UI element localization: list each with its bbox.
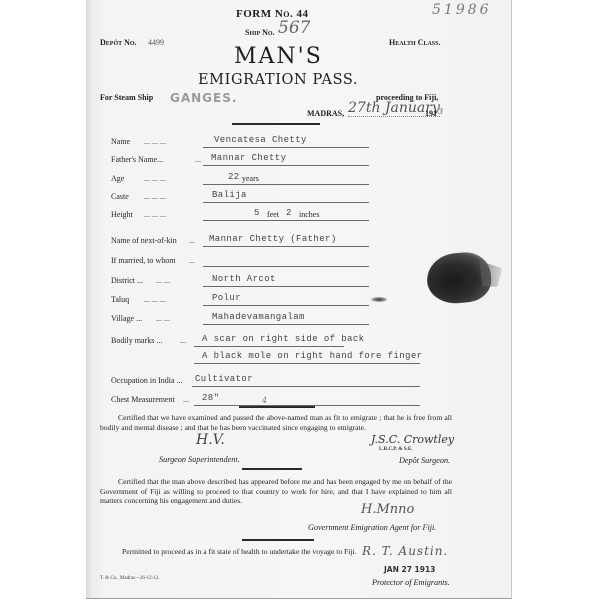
emigration-pass-document: 51986 FORM No. 44 Ship No. 567 Depôt No.…: [86, 0, 512, 599]
ink-smudge: [371, 297, 387, 302]
field-value: A black mole on right hand fore finger: [202, 351, 422, 361]
field-next-of-kin: Name of next-of-kin ... Mannar Chetty (F…: [86, 236, 511, 248]
field-feet-label: feet: [267, 210, 279, 219]
field-value: North Arcot: [212, 274, 276, 284]
field-fathers-name: Father's Name... ... Mannar Chetty: [86, 155, 511, 167]
field-value: A scar on right side of back: [202, 334, 364, 344]
field-occupation: Occupation in India ... Cultivator: [86, 376, 511, 388]
medical-certificate-text: Certified that we have examined and pass…: [100, 413, 452, 432]
field-label: Height: [111, 210, 133, 219]
printer-imprint: T. & Co., Madras—26-12-12.: [100, 576, 159, 581]
field-value: Mannar Chetty: [211, 153, 286, 163]
field-dots: ... ...: [156, 276, 170, 285]
field-label: Age: [111, 174, 124, 183]
archive-number: 51986: [432, 2, 492, 18]
field-line: [203, 147, 369, 148]
permission-text: Permitted to proceed as in a fit state o…: [122, 547, 357, 556]
field-dots: ...: [195, 155, 201, 164]
protector-signature: R. T. Austin.: [362, 544, 448, 558]
year-printed: 191: [425, 109, 437, 118]
field-value: Cultivator: [195, 374, 253, 384]
field-label: Name of next-of-kin: [111, 236, 177, 245]
field-value: Polur: [212, 293, 241, 303]
field-value: Mahadevamangalam: [212, 312, 305, 322]
field-dots: ... ... ...: [144, 210, 166, 219]
field-line: [194, 363, 420, 364]
field-value: 22: [228, 172, 240, 182]
header-divider: [232, 123, 320, 125]
health-class-label: Health Class.: [389, 38, 440, 47]
field-value-feet: 5: [254, 208, 260, 218]
field-bodily-marks-line2: A black mole on right hand fore finger: [86, 353, 511, 365]
field-extra: 4: [262, 396, 267, 405]
steam-ship-value: GANGES.: [170, 91, 237, 105]
field-label: Caste: [111, 192, 129, 201]
document-subtitle: EMIGRATION PASS.: [198, 72, 358, 88]
field-line: [203, 286, 369, 287]
field-label: District ...: [111, 276, 143, 285]
field-dots: ...: [189, 256, 195, 265]
field-inches-label: inches: [299, 210, 319, 219]
field-dots: ... ... ...: [144, 174, 166, 183]
field-village: Village ... ... ... Mahadevamangalam: [86, 314, 511, 326]
ship-number-label: Ship No.: [245, 28, 275, 37]
field-dots: ...: [180, 336, 186, 345]
field-line: [203, 246, 369, 247]
field-age: Age ... ... ... 22 years: [86, 174, 511, 186]
section-divider: [239, 406, 315, 408]
field-line: [203, 305, 369, 306]
field-line: [203, 165, 369, 166]
medical-certificate-body: Certified that we have examined and pass…: [100, 413, 452, 432]
field-label: If married, to whom: [111, 256, 175, 265]
field-value: Balija: [212, 190, 247, 200]
field-line: [194, 346, 344, 347]
field-dots: ...: [183, 395, 189, 404]
field-dots: ... ...: [156, 314, 170, 323]
field-name: Name ... ... ... Vencatesa Chetty: [86, 137, 511, 149]
field-value-inches: 2: [286, 208, 292, 218]
field-dots: ... ... ...: [144, 192, 166, 201]
field-suffix: years: [242, 174, 259, 183]
ship-number-value: 567: [278, 18, 310, 38]
document-title: MAN'S: [234, 44, 323, 69]
field-line: [203, 202, 369, 203]
field-label: Taluq: [111, 295, 129, 304]
protector-title: Protector of Emigrants.: [372, 578, 450, 587]
emigration-agent-title: Government Emigration Agent for Fiji.: [308, 523, 436, 532]
field-dots: ... ... ...: [144, 295, 166, 304]
steam-ship-label: For Steam Ship: [100, 93, 153, 102]
depot-number-label: Depôt No.: [100, 38, 137, 47]
depot-number-value: 4499: [148, 38, 164, 47]
field-line: [192, 386, 420, 387]
surgeon-superintendent-title: Surgeon Superintendent.: [159, 455, 240, 464]
field-line: [203, 184, 369, 185]
depot-surgeon-signature: J.S.C. Crowtley: [371, 433, 454, 446]
field-label: Name: [111, 137, 130, 146]
field-label: Occupation in India ...: [111, 376, 183, 385]
surgeon-superintendent-signature: H.V.: [196, 432, 225, 448]
year-handwritten: 3: [438, 107, 443, 116]
engagement-certificate-body: Certified that the man above described h…: [100, 477, 452, 505]
depot-surgeon-credentials: L.R.C.P. & S.E.: [379, 447, 412, 452]
field-value: Mannar Chetty (Father): [209, 234, 337, 244]
field-height: Height ... ... ... 5 feet 2 inches: [86, 210, 511, 222]
field-label: Father's Name...: [111, 155, 163, 164]
field-dots: ...: [189, 236, 195, 245]
permission-date-stamp: JAN 27 1913: [384, 565, 435, 574]
place-label: MADRAS,: [307, 109, 344, 118]
field-line: [203, 220, 369, 221]
field-line: [203, 324, 369, 325]
field-value: 28": [202, 393, 219, 403]
field-label: Village ...: [111, 314, 142, 323]
section-divider: [242, 539, 314, 541]
field-label: Chest Measurement: [111, 395, 175, 404]
field-value: Vencatesa Chetty: [214, 135, 307, 145]
field-caste: Caste ... ... ... Balija: [86, 192, 511, 204]
section-divider: [242, 468, 302, 470]
field-line: [203, 266, 369, 267]
depot-surgeon-title: Depôt Surgeon.: [399, 456, 450, 465]
field-label: Bodily marks ...: [111, 336, 162, 345]
emigration-agent-signature: H.Mnno: [361, 502, 414, 517]
field-bodily-marks: Bodily marks ... ... A scar on right sid…: [86, 336, 511, 348]
field-dots: ... ... ...: [144, 137, 166, 146]
